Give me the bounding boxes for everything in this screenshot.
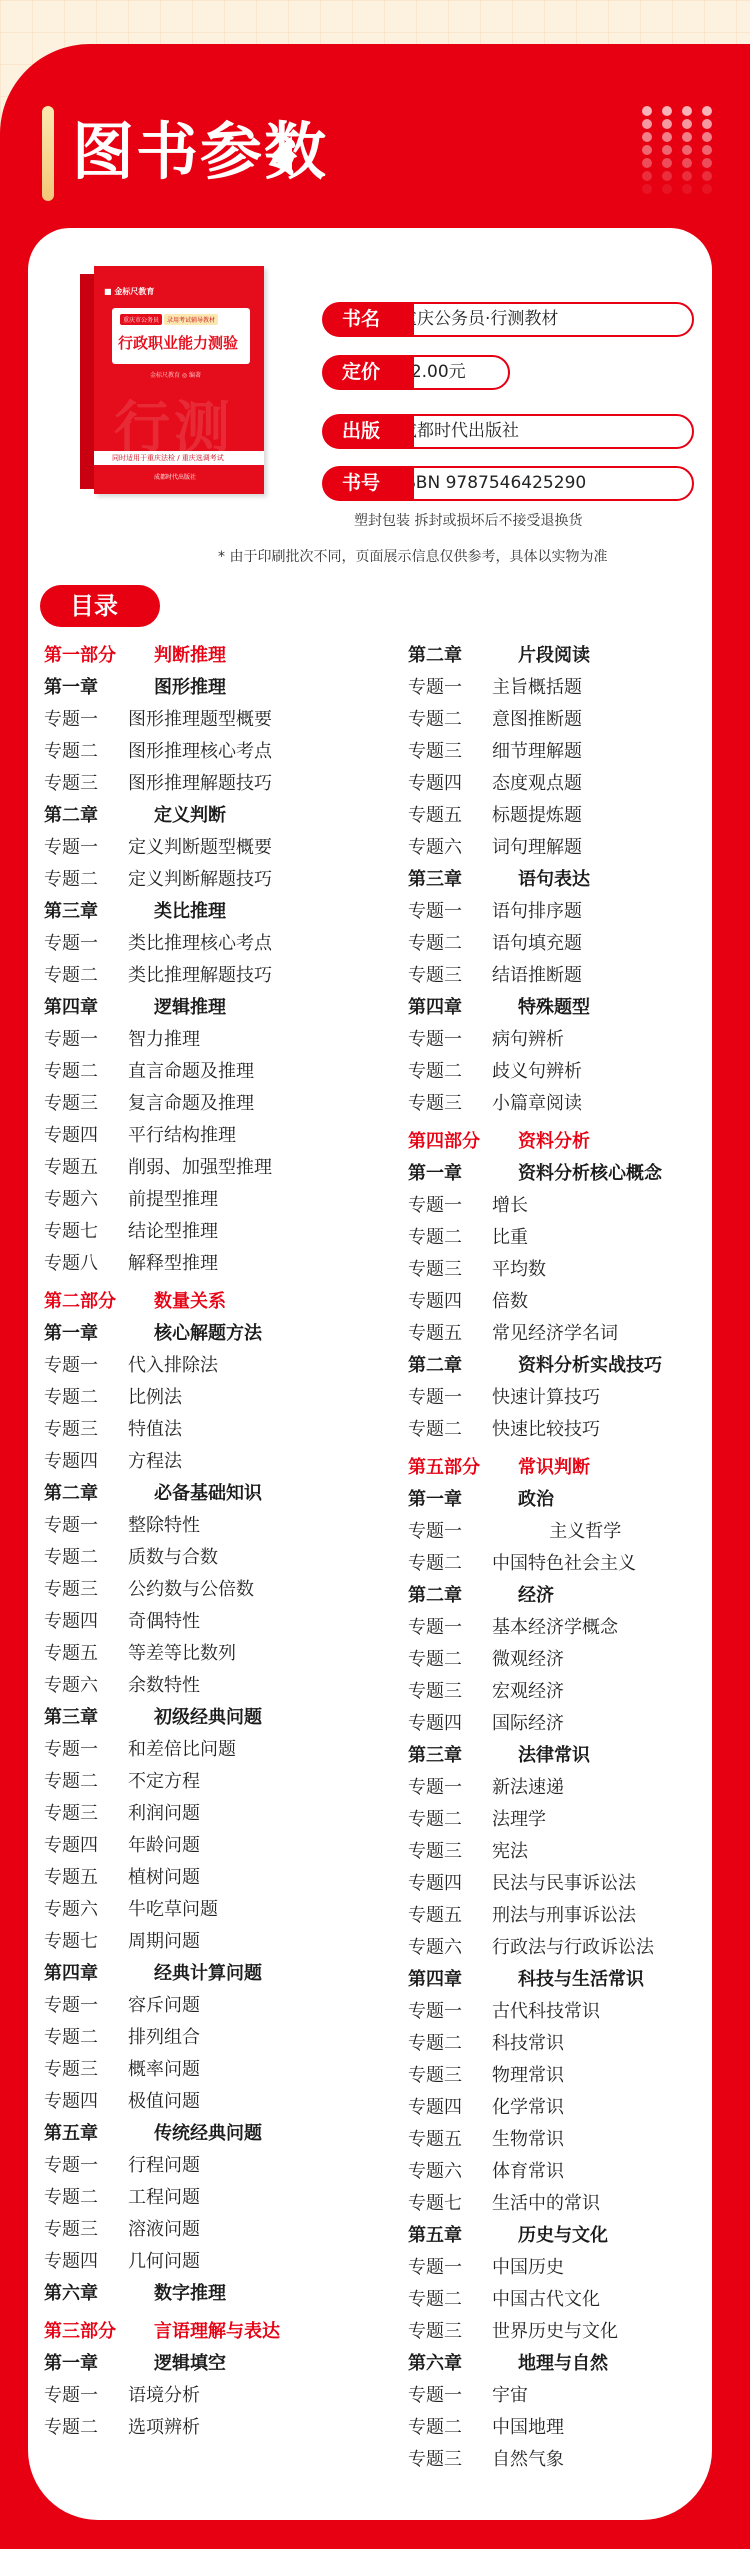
toc-topic-label: 专题三 [408, 2060, 492, 2092]
toc-topic-label: 专题六 [44, 1184, 128, 1216]
toc-topic: 专题二图形推理核心考点 [44, 736, 280, 768]
book-tag-region: 重庆市公务员 [120, 314, 162, 325]
toc-topic-text: 常见经济学名词 [492, 1323, 618, 1344]
toc-chapter-text: 政治 [518, 1489, 554, 1510]
toc-topic: 专题一代入排除法 [44, 1350, 280, 1382]
toc-topic-label: 专题二 [408, 704, 492, 736]
toc-topic-text: 自然气象 [492, 2449, 564, 2470]
toc-topic: 专题一 主义哲学 [408, 1516, 662, 1548]
toc-topic-label: 专题二 [408, 1644, 492, 1676]
toc-topic-label: 专题二 [408, 2284, 492, 2316]
toc-topic: 专题五植树问题 [44, 1862, 280, 1894]
toc-chapter: 第一章资料分析核心概念 [408, 1158, 662, 1190]
toc-topic-label: 专题五 [44, 1152, 128, 1184]
toc-topic-label: 专题一 [408, 896, 492, 928]
toc-topic: 专题三溶液问题 [44, 2214, 280, 2246]
toc-topic-text: 法理学 [492, 1809, 546, 1830]
toc-part: 第二部分数量关系 [44, 1286, 280, 1318]
toc-topic-text: 植树问题 [128, 1867, 200, 1888]
toc-chapter-text: 经济 [518, 1585, 554, 1606]
toc-topic: 专题四国际经济 [408, 1708, 662, 1740]
toc-chapter-label: 第三章 [408, 864, 518, 896]
toc-topic-label: 专题二 [408, 2412, 492, 2444]
toc-chapter-text: 类比推理 [154, 901, 226, 922]
toc-topic-label: 专题六 [408, 832, 492, 864]
toc-topic-text: 中国古代文化 [492, 2289, 600, 2310]
toc-topic-text: 行政法与行政诉讼法 [492, 1937, 654, 1958]
toc-chapter-label: 第四章 [408, 1964, 518, 1996]
toc-topic: 专题一中国历史 [408, 2252, 662, 2284]
toc-chapter: 第一章政治 [408, 1484, 662, 1516]
toc-part-text: 言语理解与表达 [154, 2321, 280, 2342]
toc-topic-label: 专题四 [44, 2246, 128, 2278]
toc-topic: 专题二中国特色社会主义 [408, 1548, 662, 1580]
toc-topic-text: 快速比较技巧 [492, 1419, 600, 1440]
toc-chapter-label: 第四章 [44, 1958, 154, 1990]
toc-topic-label: 专题一 [408, 672, 492, 704]
toc-chapter-label: 第一章 [408, 1484, 518, 1516]
toc-chapter-label: 第一章 [44, 2348, 154, 2380]
toc-chapter-text: 数字推理 [154, 2283, 226, 2304]
toc-topic-text: 细节理解题 [492, 741, 582, 762]
toc-topic-text: 宏观经济 [492, 1681, 564, 1702]
toc-left-column: 第一部分判断推理第一章图形推理专题一图形推理题型概要专题二图形推理核心考点专题三… [44, 640, 280, 2444]
toc-topic-label: 专题四 [44, 2086, 128, 2118]
toc-topic-text: 排列组合 [128, 2027, 200, 2048]
toc-topic: 专题四化学常识 [408, 2092, 662, 2124]
toc-chapter-text: 历史与文化 [518, 2225, 608, 2246]
toc-topic-label: 专题三 [408, 736, 492, 768]
toc-topic-text: 复言命题及推理 [128, 1093, 254, 1114]
toc-chapter-text: 地理与自然 [518, 2353, 608, 2374]
toc-part: 第一部分判断推理 [44, 640, 280, 672]
toc-chapter: 第六章数字推理 [44, 2278, 280, 2310]
toc-topic: 专题二快速比较技巧 [408, 1414, 662, 1446]
toc-topic: 专题一容斥问题 [44, 1990, 280, 2022]
toc-topic-label: 专题二 [408, 1056, 492, 1088]
toc-topic-label: 专题三 [44, 1414, 128, 1446]
toc-topic-label: 专题一 [408, 2252, 492, 2284]
book-cover-image: ■ 金标尺教育 重庆市公务员 录用考试辅导教材 行政职业能力测验 金标尺教育 ◎… [80, 266, 264, 494]
toc-chapter-text: 法律常识 [518, 1745, 590, 1766]
toc-topic: 专题二意图推断题 [408, 704, 662, 736]
toc-topic-label: 专题八 [44, 1248, 128, 1280]
toc-topic-text: 智力推理 [128, 1029, 200, 1050]
toc-topic: 专题二工程问题 [44, 2182, 280, 2214]
toc-topic-label: 专题三 [44, 1798, 128, 1830]
toc-chapter-text: 核心解题方法 [154, 1323, 262, 1344]
toc-topic: 专题三宪法 [408, 1836, 662, 1868]
toc-topic-label: 专题五 [44, 1862, 128, 1894]
book-tag-type: 录用考试辅导教材 [164, 314, 218, 325]
toc-topic-text: 国际经济 [492, 1713, 564, 1734]
toc-topic: 专题二类比推理解题技巧 [44, 960, 280, 992]
toc-topic-text: 不定方程 [128, 1771, 200, 1792]
toc-topic-text: 体育常识 [492, 2161, 564, 2182]
toc-topic-text: 图形推理题型概要 [128, 709, 272, 730]
toc-topic: 专题六词句理解题 [408, 832, 662, 864]
toc-topic-text: 平均数 [492, 1259, 546, 1280]
toc-topic-text: 概率问题 [128, 2059, 200, 2080]
toc-topic-label: 专题三 [44, 1088, 128, 1120]
toc-topic-text: 民法与民事诉讼法 [492, 1873, 636, 1894]
toc-chapter: 第二章资料分析实战技巧 [408, 1350, 662, 1382]
toc-topic-label: 专题三 [44, 2214, 128, 2246]
info-key: 书名 [322, 302, 414, 337]
toc-topic-text: 整除特性 [128, 1515, 200, 1536]
toc-topic: 专题二中国古代文化 [408, 2284, 662, 2316]
toc-topic-text: 工程问题 [128, 2187, 200, 2208]
toc-chapter-label: 第二章 [44, 800, 154, 832]
toc-topic-text: 牛吃草问题 [128, 1899, 218, 1920]
toc-topic-text: 图形推理解题技巧 [128, 773, 272, 794]
toc-topic: 专题三平均数 [408, 1254, 662, 1286]
toc-part: 第五部分常识判断 [408, 1452, 662, 1484]
book-band: 同时适用于重庆法检 / 重庆选调考试 [94, 451, 264, 465]
toc-topic-text: 中国特色社会主义 [492, 1553, 636, 1574]
toc-topic: 专题六余数特性 [44, 1670, 280, 1702]
toc-chapter-label: 第一章 [44, 1318, 154, 1350]
toc-topic-label: 专题五 [408, 1900, 492, 1932]
toc-chapter: 第二章经济 [408, 1580, 662, 1612]
toc-topic: 专题四奇偶特性 [44, 1606, 280, 1638]
toc-chapter: 第三章初级经典问题 [44, 1702, 280, 1734]
toc-topic-text: 主旨概括题 [492, 677, 582, 698]
toc-chapter-label: 第六章 [44, 2278, 154, 2310]
toc-chapter: 第一章图形推理 [44, 672, 280, 704]
toc-topic-label: 专题四 [408, 1286, 492, 1318]
toc-topic-label: 专题四 [44, 1606, 128, 1638]
toc-topic: 专题四态度观点题 [408, 768, 662, 800]
toc-chapter-text: 片段阅读 [518, 645, 590, 666]
toc-chapter-label: 第三章 [44, 896, 154, 928]
toc-topic: 专题三图形推理解题技巧 [44, 768, 280, 800]
toc-part: 第四部分资料分析 [408, 1126, 662, 1158]
decorative-dot-grid-icon [642, 106, 712, 194]
toc-topic: 专题六体育常识 [408, 2156, 662, 2188]
toc-topic: 专题六前提型推理 [44, 1184, 280, 1216]
toc-topic: 专题二语句填充题 [408, 928, 662, 960]
toc-topic: 专题一新法速递 [408, 1772, 662, 1804]
toc-topic-text: 奇偶特性 [128, 1611, 200, 1632]
toc-topic-text: 倍数 [492, 1291, 528, 1312]
toc-chapter-label: 第五章 [44, 2118, 154, 2150]
toc-topic-label: 专题五 [44, 1638, 128, 1670]
toc-topic-label: 专题二 [44, 2182, 128, 2214]
toc-topic: 专题一快速计算技巧 [408, 1382, 662, 1414]
toc-topic: 专题一和差倍比问题 [44, 1734, 280, 1766]
toc-topic-label: 专题五 [408, 2124, 492, 2156]
toc-chapter: 第四章特殊题型 [408, 992, 662, 1024]
toc-topic-text: 语句填充题 [492, 933, 582, 954]
book-band-text: 同时适用于重庆法检 / 重庆选调考试 [112, 453, 224, 463]
toc-topic-text: 余数特性 [128, 1675, 200, 1696]
toc-chapter: 第四章科技与生活常识 [408, 1964, 662, 1996]
toc-topic-text: 快速计算技巧 [492, 1387, 600, 1408]
toc-topic-label: 专题五 [408, 1318, 492, 1350]
toc-topic-text: 物理常识 [492, 2065, 564, 2086]
book-title-label: 重庆市公务员 录用考试辅导教材 行政职业能力测验 [112, 308, 250, 364]
toc-topic-text: 刑法与刑事诉讼法 [492, 1905, 636, 1926]
toc-topic-label: 专题四 [408, 2092, 492, 2124]
toc-topic: 专题三公约数与公倍数 [44, 1574, 280, 1606]
toc-topic-label: 专题四 [408, 768, 492, 800]
toc-topic-text: 化学常识 [492, 2097, 564, 2118]
toc-topic-text: 容斥问题 [128, 1995, 200, 2016]
toc-chapter-text: 经典计算问题 [154, 1963, 262, 1984]
toc-topic-text: 定义判断题型概要 [128, 837, 272, 858]
toc-topic-label: 专题二 [44, 1382, 128, 1414]
toc-part-text: 判断推理 [154, 645, 226, 666]
toc-topic-text: 选项辨析 [128, 2417, 200, 2438]
info-value: ISBN 9787546425290 [376, 466, 694, 501]
toc-topic-text: 类比推理解题技巧 [128, 965, 272, 986]
toc-chapter-label: 第二章 [408, 1580, 518, 1612]
toc-chapter: 第五章传统经典问题 [44, 2118, 280, 2150]
toc-topic: 专题三世界历史与文化 [408, 2316, 662, 2348]
toc-topic: 专题三自然气象 [408, 2444, 662, 2476]
toc-topic-label: 专题二 [44, 736, 128, 768]
toc-topic: 专题二直言命题及推理 [44, 1056, 280, 1088]
toc-topic: 专题七周期问题 [44, 1926, 280, 1958]
toc-topic-text: 语境分析 [128, 2385, 200, 2406]
toc-topic-label: 专题一 [44, 704, 128, 736]
toc-topic-text: 结论型推理 [128, 1221, 218, 1242]
toc-topic-text: 中国历史 [492, 2257, 564, 2278]
toc-topic-text: 生物常识 [492, 2129, 564, 2150]
toc-topic-text: 质数与合数 [128, 1547, 218, 1568]
toc-topic-text: 词句理解题 [492, 837, 582, 858]
toc-topic-label: 专题一 [408, 1612, 492, 1644]
toc-topic: 专题五常见经济学名词 [408, 1318, 662, 1350]
toc-topic-label: 专题七 [44, 1216, 128, 1248]
toc-chapter-text: 图形推理 [154, 677, 226, 698]
toc-topic: 专题六行政法与行政诉讼法 [408, 1932, 662, 1964]
toc-topic-label: 专题二 [44, 1056, 128, 1088]
toc-topic-text: 利润问题 [128, 1803, 200, 1824]
toc-topic: 专题二法理学 [408, 1804, 662, 1836]
toc-topic-text: 类比推理核心考点 [128, 933, 272, 954]
toc-topic: 专题五削弱、加强型推理 [44, 1152, 280, 1184]
toc-topic-text: 图形推理核心考点 [128, 741, 272, 762]
toc-chapter-label: 第一章 [44, 672, 154, 704]
toc-topic-text: 结语推断题 [492, 965, 582, 986]
toc-topic-label: 专题四 [44, 1830, 128, 1862]
toc-topic: 专题二科技常识 [408, 2028, 662, 2060]
toc-chapter-label: 第四章 [408, 992, 518, 1024]
toc-topic-label: 专题一 [44, 1734, 128, 1766]
toc-topic-text: 极值问题 [128, 2091, 200, 2112]
toc-chapter-text: 语句表达 [518, 869, 590, 890]
toc-topic-label: 专题一 [44, 1990, 128, 2022]
toc-topic: 专题一智力推理 [44, 1024, 280, 1056]
toc-topic-label: 专题二 [408, 1804, 492, 1836]
toc-chapter-text: 特殊题型 [518, 997, 590, 1018]
toc-chapter-label: 第一章 [408, 1158, 518, 1190]
content-card: ■ 金标尺教育 重庆市公务员 录用考试辅导教材 行政职业能力测验 金标尺教育 ◎… [28, 228, 712, 2520]
toc-topic-text: 削弱、加强型推理 [128, 1157, 272, 1178]
toc-topic: 专题一病句辨析 [408, 1024, 662, 1056]
toc-topic-label: 专题四 [44, 1120, 128, 1152]
toc-topic: 专题二质数与合数 [44, 1542, 280, 1574]
toc-topic: 专题一定义判断题型概要 [44, 832, 280, 864]
toc-topic-text: 增长 [492, 1195, 528, 1216]
toc-chapter-label: 第五章 [408, 2220, 518, 2252]
toc-topic: 专题二歧义句辨析 [408, 1056, 662, 1088]
info-value: 成都时代出版社 [376, 414, 694, 449]
toc-topic-text: 生活中的常识 [492, 2193, 600, 2214]
toc-topic: 专题六牛吃草问题 [44, 1894, 280, 1926]
toc-topic: 专题二定义判断解题技巧 [44, 864, 280, 896]
toc-topic-text: 标题提炼题 [492, 805, 582, 826]
toc-topic-label: 专题二 [408, 1548, 492, 1580]
toc-topic-label: 专题二 [408, 928, 492, 960]
toc-topic-text: 语句排序题 [492, 901, 582, 922]
toc-part-label: 第二部分 [44, 1286, 154, 1318]
toc-topic: 专题三概率问题 [44, 2054, 280, 2086]
toc-topic-label: 专题二 [408, 2028, 492, 2060]
publisher-logo: ■ 金标尺教育 [104, 286, 154, 297]
toc-chapter-text: 初级经典问题 [154, 1707, 262, 1728]
toc-topic-text: 行程问题 [128, 2155, 200, 2176]
arrow-left-icon [270, 136, 292, 176]
toc-topic-label: 专题二 [44, 1766, 128, 1798]
toc-topic: 专题三结语推断题 [408, 960, 662, 992]
book-spine [80, 274, 94, 489]
toc-topic-label: 专题一 [44, 928, 128, 960]
toc-chapter-text: 科技与生活常识 [518, 1969, 644, 1990]
toc-topic: 专题二微观经济 [408, 1644, 662, 1676]
toc-topic-text: 溶液问题 [128, 2219, 200, 2240]
toc-chapter-text: 必备基础知识 [154, 1483, 262, 1504]
toc-topic-text: 几何问题 [128, 2251, 200, 2272]
toc-topic-text: 公约数与公倍数 [128, 1579, 254, 1600]
toc-topic-text: 主义哲学 [492, 1521, 621, 1542]
toc-part-text: 常识判断 [518, 1457, 590, 1478]
title-accent-bar [42, 106, 54, 201]
disclaimer: * 由于印刷批次不同，页面展示信息仅供参考，具体以实物为准 [218, 546, 607, 566]
toc-topic: 专题三细节理解题 [408, 736, 662, 768]
toc-chapter-label: 第二章 [44, 1478, 154, 1510]
toc-chapter: 第五章历史与文化 [408, 2220, 662, 2252]
toc-topic-text: 宪法 [492, 1841, 528, 1862]
toc-topic: 专题二中国地理 [408, 2412, 662, 2444]
toc-chapter: 第三章法律常识 [408, 1740, 662, 1772]
toc-topic-label: 专题六 [44, 1894, 128, 1926]
toc-topic: 专题七结论型推理 [44, 1216, 280, 1248]
info-key: 书号 [322, 466, 414, 501]
toc-chapter-label: 第三章 [44, 1702, 154, 1734]
toc-topic-label: 专题二 [44, 2022, 128, 2054]
toc-topic: 专题四民法与民事诉讼法 [408, 1868, 662, 1900]
toc-topic-text: 病句辨析 [492, 1029, 564, 1050]
toc-topic-label: 专题一 [408, 1190, 492, 1222]
toc-topic-label: 专题一 [408, 1996, 492, 2028]
toc-topic-label: 专题一 [44, 1024, 128, 1056]
toc-topic-label: 专题三 [408, 1676, 492, 1708]
toc-title: 目录 [40, 585, 160, 627]
toc-topic: 专题五刑法与刑事诉讼法 [408, 1900, 662, 1932]
toc-topic: 专题四平行结构推理 [44, 1120, 280, 1152]
toc-chapter: 第二章片段阅读 [408, 640, 662, 672]
toc-topic: 专题二比重 [408, 1222, 662, 1254]
toc-topic-label: 专题一 [44, 1510, 128, 1542]
toc-chapter: 第六章地理与自然 [408, 2348, 662, 2380]
toc-chapter-text: 资料分析实战技巧 [518, 1355, 662, 1376]
toc-chapter-text: 传统经典问题 [154, 2123, 262, 2144]
book-author: 金标尺教育 ◎ 编著 [150, 370, 201, 379]
toc-topic: 专题五标题提炼题 [408, 800, 662, 832]
toc-topic: 专题一主旨概括题 [408, 672, 662, 704]
toc-topic-label: 专题一 [408, 2380, 492, 2412]
toc-topic-text: 中国地理 [492, 2417, 564, 2438]
toc-topic: 专题四倍数 [408, 1286, 662, 1318]
toc-topic-label: 专题三 [408, 1088, 492, 1120]
toc-topic-label: 专题一 [408, 1382, 492, 1414]
info-value: 重庆公务员·行测教材 [376, 302, 694, 337]
toc-topic-text: 前提型推理 [128, 1189, 218, 1210]
packaging-note: 塑封包装 拆封或损坏后不接受退换货 [354, 510, 582, 530]
toc-chapter: 第一章核心解题方法 [44, 1318, 280, 1350]
toc-topic: 专题一基本经济学概念 [408, 1612, 662, 1644]
toc-chapter: 第二章必备基础知识 [44, 1478, 280, 1510]
toc-topic-label: 专题三 [408, 2444, 492, 2476]
toc-topic-label: 专题五 [408, 800, 492, 832]
toc-topic-text: 直言命题及推理 [128, 1061, 254, 1082]
toc-topic-label: 专题一 [408, 1516, 492, 1548]
toc-chapter: 第一章逻辑填空 [44, 2348, 280, 2380]
toc-topic: 专题一语句排序题 [408, 896, 662, 928]
toc-chapter-label: 第三章 [408, 1740, 518, 1772]
toc-topic: 专题一整除特性 [44, 1510, 280, 1542]
toc-chapter-text: 定义判断 [154, 805, 226, 826]
toc-topic-text: 年龄问题 [128, 1835, 200, 1856]
toc-topic: 专题一语境分析 [44, 2380, 280, 2412]
toc-topic-text: 和差倍比问题 [128, 1739, 236, 1760]
toc-topic-text: 方程法 [128, 1451, 182, 1472]
toc-topic: 专题一类比推理核心考点 [44, 928, 280, 960]
toc-topic-text: 态度观点题 [492, 773, 582, 794]
toc-topic-text: 定义判断解题技巧 [128, 869, 272, 890]
toc-topic-label: 专题一 [408, 1772, 492, 1804]
info-key: 出版 [322, 414, 414, 449]
toc-topic: 专题四方程法 [44, 1446, 280, 1478]
toc-topic: 专题三物理常识 [408, 2060, 662, 2092]
toc-topic-text: 等差等比数列 [128, 1643, 236, 1664]
toc-part-text: 数量关系 [154, 1291, 226, 1312]
toc-topic-label: 专题七 [44, 1926, 128, 1958]
toc-topic: 专题五等差等比数列 [44, 1638, 280, 1670]
toc-topic-label: 专题三 [44, 1574, 128, 1606]
toc-topic-text: 周期问题 [128, 1931, 200, 1952]
toc-part-label: 第三部分 [44, 2316, 154, 2348]
toc-topic-text: 新法速递 [492, 1777, 564, 1798]
toc-topic: 专题一增长 [408, 1190, 662, 1222]
toc-part: 第三部分言语理解与表达 [44, 2316, 280, 2348]
toc-topic-label: 专题三 [44, 768, 128, 800]
toc-topic-label: 专题二 [408, 1414, 492, 1446]
toc-topic-text: 世界历史与文化 [492, 2321, 618, 2342]
toc-topic-text: 古代科技常识 [492, 2001, 600, 2022]
toc-chapter: 第三章类比推理 [44, 896, 280, 928]
toc-topic-label: 专题六 [44, 1670, 128, 1702]
toc-right-column: 第二章片段阅读专题一主旨概括题专题二意图推断题专题三细节理解题专题四态度观点题专… [408, 640, 662, 2476]
toc-topic-label: 专题二 [408, 1222, 492, 1254]
toc-topic-label: 专题一 [408, 1024, 492, 1056]
toc-topic-label: 专题七 [408, 2188, 492, 2220]
toc-topic-label: 专题二 [44, 1542, 128, 1574]
toc-topic: 专题一古代科技常识 [408, 1996, 662, 2028]
